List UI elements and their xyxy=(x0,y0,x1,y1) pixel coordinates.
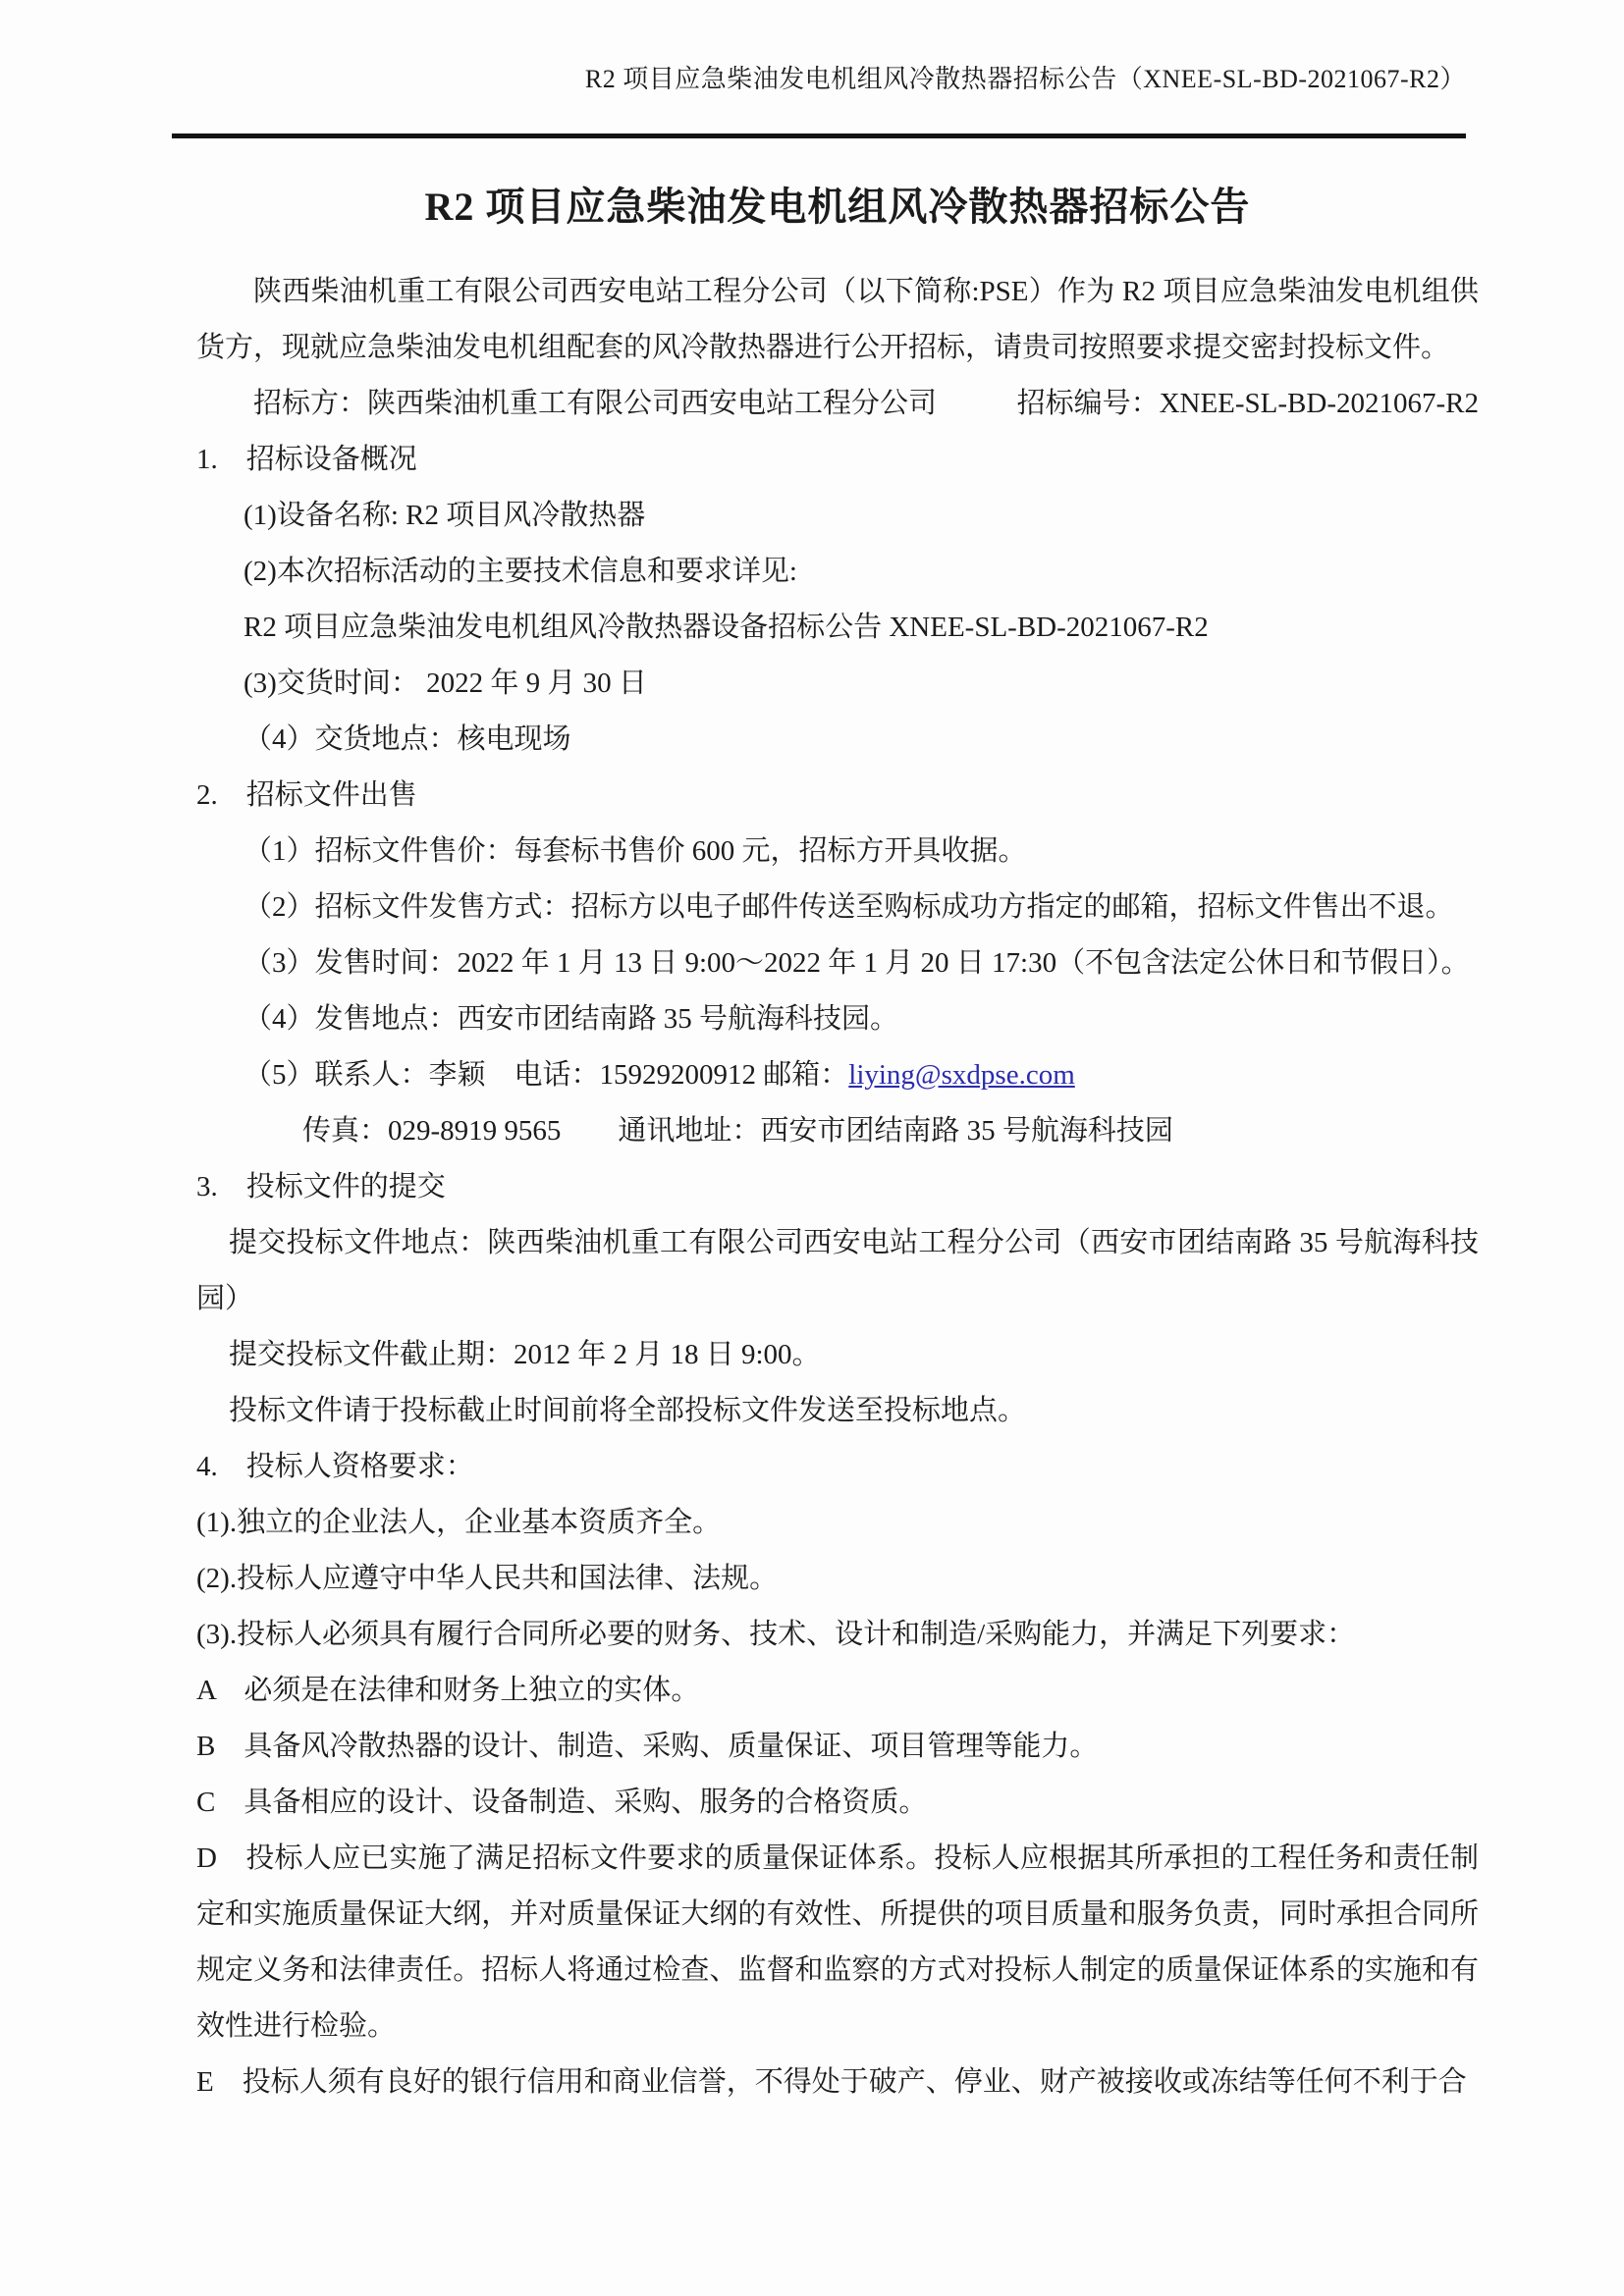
contact-email-link[interactable]: liying@sxdpse.com xyxy=(848,1059,1075,1091)
tender-number: 招标编号：XNEE-SL-BD-2021067-R2 xyxy=(1017,376,1479,432)
section4-item-2: (2).投标人应遵守中华人民共和国法律、法规。 xyxy=(196,1551,1479,1607)
section2-item-fax-address: 传真：029-8919 9565 通讯地址：西安市团结南路 35 号航海科技园 xyxy=(196,1103,1479,1159)
section4-heading: 4. 投标人资格要求： xyxy=(196,1439,1479,1495)
requirement-item-b: B 具备风冷散热器的设计、制造、采购、质量保证、项目管理等能力。 xyxy=(196,1719,1479,1775)
requirement-item-e: E 投标人须有良好的银行信用和商业信誉，不得处于破产、停业、财产被接收或冻结等任… xyxy=(196,2055,1479,2110)
section1-heading: 1. 招标设备概况 xyxy=(196,432,1479,488)
section2-item-contact: （5）联系人：李颖 电话：15929200912 邮箱：liying@sxdps… xyxy=(196,1047,1479,1103)
requirement-item-d: D 投标人应已实施了满足招标文件要求的质量保证体系。投标人应根据其所承担的工程任… xyxy=(196,1831,1479,2055)
page-header: R2 项目应急柴油发电机组风冷散热器招标公告（XNEE-SL-BD-202106… xyxy=(172,0,1466,138)
document-title: R2 项目应急柴油发电机组风冷散热器招标公告 xyxy=(196,184,1479,231)
tenderer-name: 招标方：陕西柴油机重工有限公司西安电站工程分公司 xyxy=(253,376,937,432)
section3-send-note: 投标文件请于投标截止时间前将全部投标文件发送至投标地点。 xyxy=(196,1383,1479,1439)
section2-heading: 2. 招标文件出售 xyxy=(196,768,1479,824)
section3-submit-place: 提交投标文件地点：陕西柴油机重工有限公司西安电站工程分公司（西安市团结南路 35… xyxy=(196,1215,1479,1327)
requirement-item-c: C 具备相应的设计、设备制造、采购、服务的合格资质。 xyxy=(196,1775,1479,1831)
document-page: R2 项目应急柴油发电机组风冷散热器招标公告（XNEE-SL-BD-202106… xyxy=(0,0,1624,2296)
tender-info-row: 招标方：陕西柴油机重工有限公司西安电站工程分公司 招标编号：XNEE-SL-BD… xyxy=(196,376,1479,432)
intro-paragraph: 陕西柴油机重工有限公司西安电站工程分公司（以下简称:PSE）作为 R2 项目应急… xyxy=(196,264,1479,376)
section3-heading: 3. 投标文件的提交 xyxy=(196,1159,1479,1215)
section1-item-announcement-ref: R2 项目应急柴油发电机组风冷散热器设备招标公告 XNEE-SL-BD-2021… xyxy=(196,600,1479,656)
requirement-item-a: A 必须是在法律和财务上独立的实体。 xyxy=(196,1663,1479,1719)
section2-item-sale-place: （4）发售地点：西安市团结南路 35 号航海科技园。 xyxy=(196,991,1479,1047)
section1-item-delivery-time: (3)交货时间： 2022 年 9 月 30 日 xyxy=(196,656,1479,712)
section1-item-device-name: (1)设备名称: R2 项目风冷散热器 xyxy=(196,488,1479,544)
section4-item-3: (3).投标人必须具有履行合同所必要的财务、技术、设计和制造/采购能力，并满足下… xyxy=(196,1607,1479,1663)
section4-item-1: (1).独立的企业法人，企业基本资质齐全。 xyxy=(196,1495,1479,1551)
section1-item-tech-info: (2)本次招标活动的主要技术信息和要求详见: xyxy=(196,544,1479,600)
section2-item-price: （1）招标文件售价：每套标书售价 600 元，招标方开具收据。 xyxy=(196,824,1479,880)
section3-deadline: 提交投标文件截止期：2012 年 2 月 18 日 9:00。 xyxy=(196,1327,1479,1383)
section2-item-sale-time: （3）发售时间：2022 年 1 月 13 日 9:00～2022 年 1 月 … xyxy=(196,935,1479,991)
section1-item-delivery-place: （4）交货地点：核电现场 xyxy=(196,712,1479,768)
header-running-title: R2 项目应急柴油发电机组风冷散热器招标公告（XNEE-SL-BD-202106… xyxy=(585,65,1466,93)
document-body: R2 项目应急柴油发电机组风冷散热器招标公告 陕西柴油机重工有限公司西安电站工程… xyxy=(0,184,1624,2110)
section2-item-delivery-method: （2）招标文件发售方式：招标方以电子邮件传送至购标成功方指定的邮箱，招标文件售出… xyxy=(196,880,1479,935)
contact-info-text: （5）联系人：李颖 电话：15929200912 邮箱： xyxy=(244,1059,848,1091)
